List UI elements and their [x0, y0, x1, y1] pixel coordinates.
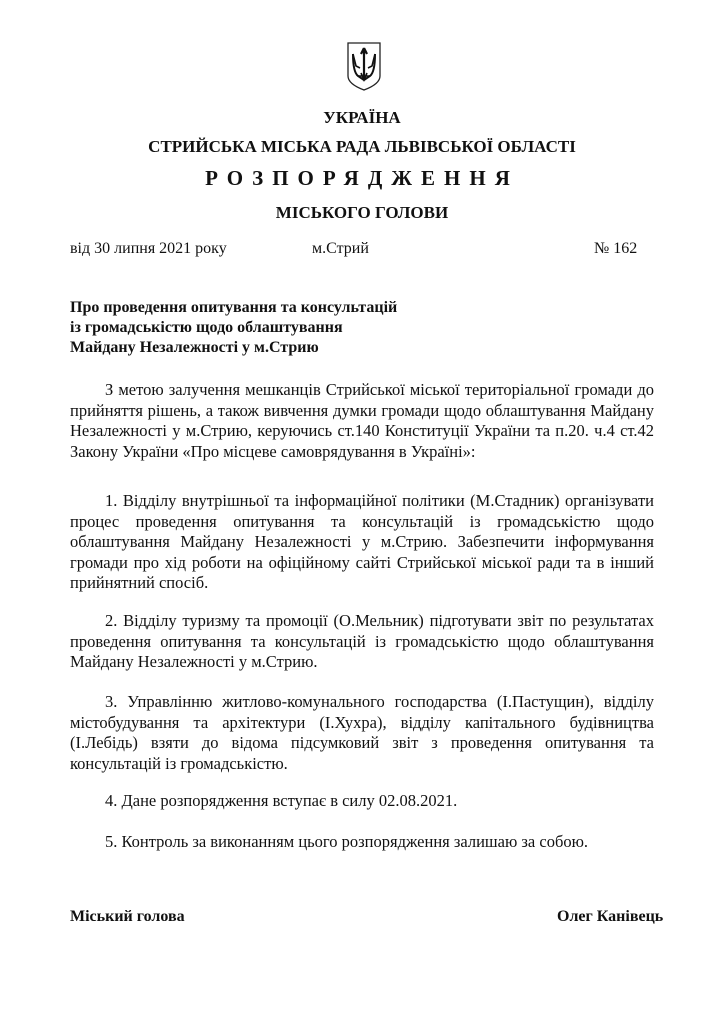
preamble-paragraph: З метою залучення мешканців Стрийської м…	[70, 380, 654, 462]
issuer-heading: МІСЬКОГО ГОЛОВИ	[0, 203, 724, 223]
order-item-5: 5. Контроль за виконанням цього розпоряд…	[70, 832, 654, 853]
document-subject: Про проведення опитування та консультаці…	[70, 298, 397, 358]
order-item-2: 2. Відділу туризму та промоції (О.Мельни…	[70, 611, 654, 673]
signature-name: Олег Канівець	[557, 908, 663, 926]
country-heading: УКРАЇНА	[0, 108, 724, 128]
council-heading: СТРИЙСЬКА МІСЬКА РАДА ЛЬВІВСЬКОЇ ОБЛАСТІ	[0, 137, 724, 157]
signature-position: Міський голова	[70, 908, 185, 926]
order-item-3: 3. Управлінню житлово-комунального госпо…	[70, 692, 654, 774]
order-item-4: 4. Дане розпорядження вступає в силу 02.…	[70, 791, 654, 812]
document-date: від 30 липня 2021 року	[70, 240, 227, 258]
subject-line: Про проведення опитування та консультаці…	[70, 298, 397, 318]
document-city: м.Стрий	[312, 240, 369, 258]
subject-line: із громадськістю щодо облаштування	[70, 318, 397, 338]
trident-coat-of-arms-icon	[344, 40, 384, 92]
order-item-1: 1. Відділу внутрішньої та інформаційної …	[70, 491, 654, 594]
subject-line: Майдану Незалежності у м.Стрию	[70, 338, 397, 358]
document-number: № 162	[594, 240, 637, 258]
document-type-title: РОЗПОРЯДЖЕННЯ	[0, 166, 724, 191]
